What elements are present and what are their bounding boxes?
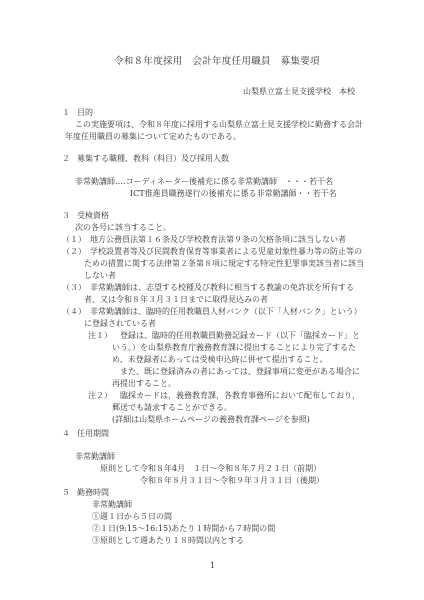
note-line: いう。）を山梨県教育庁義務教育課に提出することにより完了するた xyxy=(112,342,356,353)
item-label: （２） xyxy=(62,246,86,257)
note-line: め、未登録者にあっては受検申込時に併せて提出すること。 xyxy=(112,354,328,365)
page-number: 1 xyxy=(210,560,215,571)
section-heading: 受検資格 xyxy=(77,210,109,221)
item-line: 者、又は令和８年３月３１日までに取得見込みの者 xyxy=(84,294,268,305)
role-label: 非常勤講師 xyxy=(92,499,132,510)
document-title: 令和８年度採用 会計年度任用職員 募集要項 xyxy=(114,56,320,67)
item-line: 非常勤講師は、志望する校種及び教科に相当する教諭の免許状を所有する xyxy=(90,282,354,293)
section-number: ３ xyxy=(62,210,70,221)
note-line: 登録は、臨時的任用教職員勤務記録カード（以下「臨採カード」と xyxy=(120,330,360,341)
item-label: （４） xyxy=(62,306,86,317)
hours-item: ①週１日から５日の間 xyxy=(92,511,172,522)
item-line: に登録されている者 xyxy=(84,318,156,329)
item-line: 学校設置者等及び民間教育保育等事業者による児童対象性暴力等の防止等の xyxy=(90,246,362,257)
section-heading: 募集する職種、教科（科目）及び採用人数 xyxy=(77,153,229,164)
item-label: （３） xyxy=(62,282,86,293)
section-body-line: 年度任用職員の募集について定めたものである。 xyxy=(65,131,241,142)
note-line: 臨採カードは，義務教育課，各教育事務所において配布しており， xyxy=(120,390,360,401)
item-line: ための措置に関する法律第２条第８項に規定する特定性犯罪事実該当者に該当 xyxy=(84,258,364,269)
note-label: 注２） xyxy=(88,390,112,401)
role-label: 非常勤講師 xyxy=(75,451,115,462)
note-line: (詳細は山梨県ホームページの義務教育課ページを参照) xyxy=(112,414,310,425)
item-line: 非常勤講師は、臨時的任用教職員人材バンク（以下「人材バンク」という） xyxy=(90,306,362,317)
hours-item: ②１日(9:15～16:15)あたり１時間から７時間の間 xyxy=(92,523,275,534)
section-heading: 目的 xyxy=(77,107,93,118)
section-heading: 勤務時間 xyxy=(77,487,109,498)
section-body-line: この実施要項は、令和８年度に採用する山梨県立富士見支援学校に勤務する会計 xyxy=(75,119,363,130)
section-number: ４ xyxy=(62,428,70,439)
position-line: ICT推進員職務遂行の後補充に係る非常勤講師・・若干名 xyxy=(130,188,337,199)
note-line: 郵送でも請求することができる。 xyxy=(112,402,232,413)
item-label: （１） xyxy=(62,234,86,245)
organization-name: 山梨県立富士見支援学校 本校 xyxy=(243,86,355,97)
section-number: ２ xyxy=(62,153,70,164)
item-line: 地方公務員法第１６条及び学校教育法第９条の欠格条項に該当しない者 xyxy=(90,234,346,245)
hours-item: ③原則として週あたり１８時間以内とする xyxy=(92,535,244,546)
period-line: 原則として令和８年4月 １日～令和８年７月２１日（前期） xyxy=(100,463,321,474)
item-line: しない者 xyxy=(84,270,116,281)
section-intro: 次の各号に該当すること。 xyxy=(75,222,171,233)
position-line: 非常勤講師‥‥コーディネーター後補充に係る非常勤講師 ・・・若干名 xyxy=(75,176,333,187)
note-line: また、既に登録済みの者にあっては、登録事項に変更がある場合に xyxy=(120,366,360,377)
note-label: 注１） xyxy=(88,330,112,341)
period-line: 令和８年８月３１日～令和９年３月３１日（後期） xyxy=(140,475,324,486)
section-number: ５ xyxy=(62,487,70,498)
note-line: 再提出すること。 xyxy=(112,378,176,389)
section-heading: 任用期間 xyxy=(77,428,109,439)
section-number: １ xyxy=(62,107,70,118)
